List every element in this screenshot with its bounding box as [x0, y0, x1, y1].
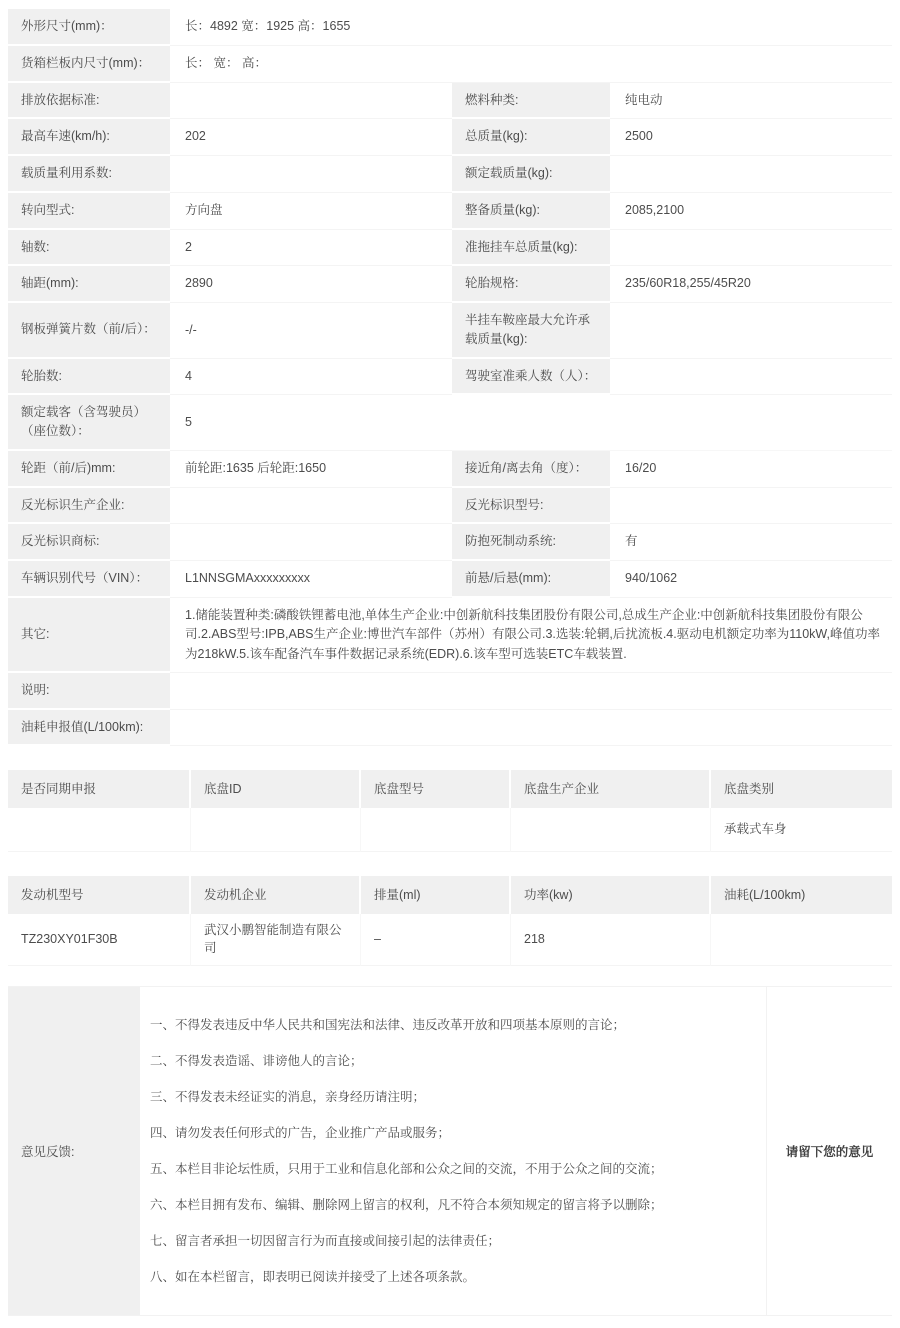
- table-cell: [191, 808, 361, 852]
- spec-value: 有: [610, 524, 892, 561]
- spec-label: 反光标识型号:: [452, 488, 610, 525]
- table-row: TZ230XY01F30B 武汉小鹏智能制造有限公司 – 218: [8, 914, 892, 966]
- spec-label: 准拖挂车总质量(kg):: [452, 230, 610, 267]
- spec-value: 方向盘: [170, 193, 452, 230]
- spec-value: [610, 303, 892, 359]
- table-cell-fuel-consumption: [711, 914, 892, 966]
- spec-value: 235/60R18,255/45R20: [610, 266, 892, 303]
- feedback-rule: 三、不得发表未经证实的消息，亲身经历请注明；: [150, 1079, 750, 1115]
- feedback-rule: 六、本栏目拥有发布、编辑、删除网上留言的权利，凡不符合本须知规定的留言将予以删除…: [150, 1187, 750, 1223]
- table-cell: [8, 808, 191, 852]
- spec-row-springs-saddlemass: 钢板弹簧片数（前/后）： -/- 半挂车鞍座最大允许承载质量(kg):: [8, 303, 892, 359]
- spec-value: L1NNSGMAxxxxxxxxx: [170, 561, 452, 598]
- spec-empty-area: [452, 395, 892, 451]
- spec-label: 排放依据标准:: [8, 83, 170, 120]
- table-cell-displacement: –: [361, 914, 511, 966]
- column-header: 发动机型号: [8, 876, 191, 914]
- spec-value: 940/1062: [610, 561, 892, 598]
- table-row: 承载式车身: [8, 808, 892, 852]
- spec-row-emission-fuel: 排放依据标准: 燃料种类: 纯电动: [8, 83, 892, 120]
- spec-label: 说明:: [8, 673, 170, 710]
- spec-value: 2085,2100: [610, 193, 892, 230]
- vehicle-spec-page: 外形尺寸(mm)： 长：4892 宽：1925 高：1655 货箱栏板内尺寸(m…: [0, 0, 900, 1328]
- column-header: 是否同期申报: [8, 770, 191, 808]
- spec-value: [610, 230, 892, 267]
- engine-table-header: 发动机型号 发动机企业 排量(ml) 功率(kw) 油耗(L/100km): [8, 876, 892, 914]
- spec-value-other-notes: 1.储能装置种类:磷酸铁锂蓄电池,单体生产企业:中创新航科技集团股份有限公司,总…: [170, 598, 892, 673]
- spec-label: 货箱栏板内尺寸(mm)：: [8, 46, 170, 83]
- spec-value: 2890: [170, 266, 452, 303]
- spec-label: 轮距（前/后)mm:: [8, 451, 170, 488]
- spec-row-axles-trailermass: 轴数: 2 准拖挂车总质量(kg):: [8, 230, 892, 267]
- spec-label: 燃料种类:: [452, 83, 610, 120]
- spec-value: [170, 673, 892, 710]
- column-header: 油耗(L/100km): [711, 876, 892, 914]
- spec-value: [170, 488, 452, 525]
- engine-table: 发动机型号 发动机企业 排量(ml) 功率(kw) 油耗(L/100km) TZ…: [8, 876, 892, 966]
- column-header: 底盘ID: [191, 770, 361, 808]
- spec-label: 反光标识商标:: [8, 524, 170, 561]
- spec-value: [610, 488, 892, 525]
- spec-row-reflector-brand-abs: 反光标识商标: 防抱死制动系统: 有: [8, 524, 892, 561]
- spec-value: 2: [170, 230, 452, 267]
- spec-value: [610, 156, 892, 193]
- spec-label: 钢板弹簧片数（前/后）：: [8, 303, 170, 359]
- spec-value: -/-: [170, 303, 452, 359]
- table-cell-engine-model: TZ230XY01F30B: [8, 914, 191, 966]
- table-cell-engine-maker: 武汉小鹏智能制造有限公司: [191, 914, 361, 966]
- spec-label: 半挂车鞍座最大允许承载质量(kg):: [452, 303, 610, 359]
- spec-value: 16/20: [610, 451, 892, 488]
- spec-label: 其它:: [8, 598, 170, 673]
- spec-label: 反光标识生产企业:: [8, 488, 170, 525]
- spec-row-maxspeed-grossmass: 最高车速(km/h): 202 总质量(kg): 2500: [8, 119, 892, 156]
- spec-row-vin-overhang: 车辆识别代号（VIN）： L1NNSGMAxxxxxxxxx 前悬/后悬(mm)…: [8, 561, 892, 598]
- feedback-section: 意见反馈: 一、不得发表违反中华人民共和国宪法和法律、违反改革开放和四项基本原则…: [8, 986, 892, 1316]
- spec-row-other: 其它: 1.储能装置种类:磷酸铁锂蓄电池,单体生产企业:中创新航科技集团股份有限…: [8, 598, 892, 673]
- column-header: 排量(ml): [361, 876, 511, 914]
- spec-label: 额定载客（含驾驶员）（座位数）：: [8, 395, 170, 451]
- spec-label: 油耗申报值(L/100km):: [8, 710, 170, 747]
- spec-label: 外形尺寸(mm)：: [8, 9, 170, 46]
- spec-value: 4: [170, 359, 452, 396]
- spec-row-fuel-declared: 油耗申报值(L/100km):: [8, 710, 892, 747]
- column-header: 底盘生产企业: [511, 770, 711, 808]
- spec-label: 防抱死制动系统:: [452, 524, 610, 561]
- spec-row-remarks: 说明:: [8, 673, 892, 710]
- spec-label: 驾驶室准乘人数（人）：: [452, 359, 610, 396]
- spec-label: 整备质量(kg):: [452, 193, 610, 230]
- spec-row-cargo-dimensions: 货箱栏板内尺寸(mm)： 长： 宽： 高：: [8, 46, 892, 83]
- feedback-rule: 五、本栏目非论坛性质，只用于工业和信息化部和公众之间的交流，不用于公众之间的交流…: [150, 1151, 750, 1187]
- spec-label: 接近角/离去角（度）：: [452, 451, 610, 488]
- spec-row-wheelbase-tirespec: 轴距(mm): 2890 轮胎规格: 235/60R18,255/45R20: [8, 266, 892, 303]
- feedback-rules-list: 一、不得发表违反中华人民共和国宪法和法律、违反改革开放和四项基本原则的言论； 二…: [140, 987, 766, 1315]
- spec-label: 前悬/后悬(mm):: [452, 561, 610, 598]
- spec-label: 转向型式:: [8, 193, 170, 230]
- spec-label: 轴距(mm):: [8, 266, 170, 303]
- spec-row-exterior-dimensions: 外形尺寸(mm)： 长：4892 宽：1925 高：1655: [8, 9, 892, 46]
- spec-row-steering-curbmass: 转向型式: 方向盘 整备质量(kg): 2085,2100: [8, 193, 892, 230]
- spec-value: 5: [170, 395, 452, 451]
- chassis-table-header: 是否同期申报 底盘ID 底盘型号 底盘生产企业 底盘类别: [8, 770, 892, 808]
- spec-value: 2500: [610, 119, 892, 156]
- spec-value: [610, 359, 892, 396]
- column-header: 发动机企业: [191, 876, 361, 914]
- spec-row-reflector-maker-model: 反光标识生产企业: 反光标识型号:: [8, 488, 892, 525]
- spec-value: [170, 524, 452, 561]
- spec-label: 轮胎规格:: [452, 266, 610, 303]
- feedback-rule: 四、请勿发表任何形式的广告，企业推广产品或服务；: [150, 1115, 750, 1151]
- feedback-rule: 八、如在本栏留言，即表明已阅读并接受了上述各项条款。: [150, 1259, 750, 1295]
- spec-value: 202: [170, 119, 452, 156]
- spec-row-track-angles: 轮距（前/后)mm: 前轮距:1635 后轮距:1650 接近角/离去角（度）：…: [8, 451, 892, 488]
- feedback-rule: 七、留言者承担一切因留言行为而直接或间接引起的法律责任；: [150, 1223, 750, 1259]
- spec-label: 轮胎数:: [8, 359, 170, 396]
- column-header: 功率(kw): [511, 876, 711, 914]
- table-cell: [511, 808, 711, 852]
- spec-value: 长： 宽： 高：: [170, 46, 892, 83]
- spec-value: 长：4892 宽：1925 高：1655: [170, 9, 892, 46]
- spec-value: [170, 710, 892, 747]
- leave-comment-button[interactable]: 请留下您的意见: [766, 987, 892, 1315]
- spec-label: 总质量(kg):: [452, 119, 610, 156]
- column-header: 底盘类别: [711, 770, 892, 808]
- spec-label: 轴数:: [8, 230, 170, 267]
- spec-value: 前轮距:1635 后轮距:1650: [170, 451, 452, 488]
- spec-label: 车辆识别代号（VIN）：: [8, 561, 170, 598]
- spec-row-seating-capacity: 额定载客（含驾驶员）（座位数）： 5: [8, 395, 892, 451]
- feedback-rule: 一、不得发表违反中华人民共和国宪法和法律、违反改革开放和四项基本原则的言论；: [150, 1007, 750, 1043]
- table-cell: [361, 808, 511, 852]
- table-cell: 承载式车身: [711, 808, 892, 852]
- feedback-rule: 二、不得发表造谣、诽谤他人的言论；: [150, 1043, 750, 1079]
- feedback-label: 意见反馈:: [8, 987, 140, 1315]
- spec-value: [170, 83, 452, 120]
- spec-label: 最高车速(km/h):: [8, 119, 170, 156]
- spec-label: 额定载质量(kg):: [452, 156, 610, 193]
- spec-label: 载质量利用系数:: [8, 156, 170, 193]
- column-header: 底盘型号: [361, 770, 511, 808]
- spec-row-tirecount-cabcrew: 轮胎数: 4 驾驶室准乘人数（人）：: [8, 359, 892, 396]
- chassis-table: 是否同期申报 底盘ID 底盘型号 底盘生产企业 底盘类别 承载式车身: [8, 770, 892, 852]
- spec-value: [170, 156, 452, 193]
- spec-table: 外形尺寸(mm)： 长：4892 宽：1925 高：1655 货箱栏板内尺寸(m…: [8, 9, 892, 746]
- spec-value: 纯电动: [610, 83, 892, 120]
- table-cell-power: 218: [511, 914, 711, 966]
- spec-row-loadfactor-ratedload: 载质量利用系数: 额定载质量(kg):: [8, 156, 892, 193]
